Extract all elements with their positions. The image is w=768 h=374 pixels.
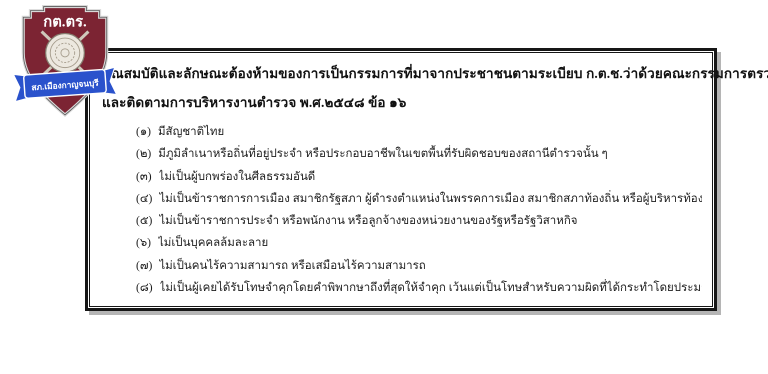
item-text: ไม่เป็นข้าราชการประจำ หรือพนักงาน หรือลู… <box>159 210 577 232</box>
title-line-1: คุณสมบัติและลักษณะต้องห้ามของการเป็นกรรม… <box>102 59 702 88</box>
item-number: (๓) <box>136 166 152 188</box>
item-number: (๖) <box>136 232 151 254</box>
item-number: (๘) <box>136 277 153 299</box>
item-number: (๗) <box>136 255 152 277</box>
document-box-inner: คุณสมบัติและลักษณะต้องห้ามของการเป็นกรรม… <box>89 52 713 307</box>
list-item: (๘) ไม่เป็นผู้เคยได้รับโทษจำคุกโดยคำพิพา… <box>136 277 702 299</box>
item-number: (๔) <box>136 188 152 210</box>
title-line-2: และติดตามการบริหารงานตำรวจ พ.ศ.๒๕๔๘ ข้อ … <box>102 88 702 117</box>
item-text: ไม่เป็นผู้บกพร่องในศีลธรรมอันดี <box>159 166 316 188</box>
item-text: มีสัญชาติไทย <box>158 121 224 143</box>
shield-emblem-icon: กต.ตร. สภ.เมืองกาญจนบุรี <box>10 4 120 118</box>
police-station-logo: กต.ตร. สภ.เมืองกาญจนบุรี <box>10 4 120 118</box>
list-item: (๗) ไม่เป็นคนไร้ความสามารถ หรือเสมือนไร้… <box>136 255 702 277</box>
item-text: มีภูมิลำเนาหรือถิ่นที่อยู่ประจำ หรือประก… <box>158 143 607 165</box>
item-text: ไม่เป็นคนไร้ความสามารถ หรือเสมือนไร้ความ… <box>159 255 425 277</box>
list-item: (๒) มีภูมิลำเนาหรือถิ่นที่อยู่ประจำ หรือ… <box>136 143 702 165</box>
item-number: (๑) <box>136 121 151 143</box>
item-number: (๕) <box>136 210 152 232</box>
police-seal-icon <box>46 34 85 73</box>
list-item: (๕) ไม่เป็นข้าราชการประจำ หรือพนักงาน หร… <box>136 210 702 232</box>
item-text: ไม่เป็นข้าราชการการเมือง สมาชิกรัฐสภา ผู… <box>159 188 702 210</box>
list-item: (๔) ไม่เป็นข้าราชการการเมือง สมาชิกรัฐสภ… <box>136 188 702 210</box>
shield-text: กต.ตร. <box>43 14 87 30</box>
list-item: (๑) มีสัญชาติไทย <box>136 121 702 143</box>
document-box: คุณสมบัติและลักษณะต้องห้ามของการเป็นกรรม… <box>85 48 717 311</box>
qualification-list: (๑) มีสัญชาติไทย (๒) มีภูมิลำเนาหรือถิ่น… <box>136 121 702 299</box>
item-number: (๒) <box>136 143 151 165</box>
list-item: (๓) ไม่เป็นผู้บกพร่องในศีลธรรมอันดี <box>136 166 702 188</box>
item-text: ไม่เป็นผู้เคยได้รับโทษจำคุกโดยคำพิพากษาถ… <box>160 277 702 299</box>
item-text: ไม่เป็นบุคคลล้มละลาย <box>158 232 268 254</box>
document-title: คุณสมบัติและลักษณะต้องห้ามของการเป็นกรรม… <box>102 59 702 117</box>
list-item: (๖) ไม่เป็นบุคคลล้มละลาย <box>136 232 702 254</box>
